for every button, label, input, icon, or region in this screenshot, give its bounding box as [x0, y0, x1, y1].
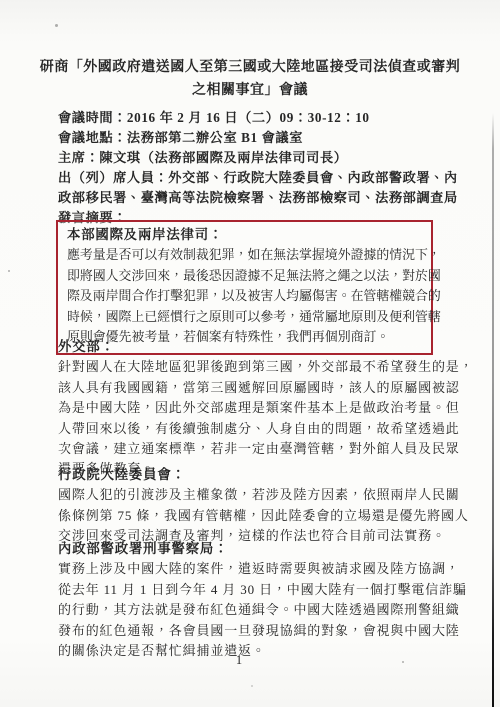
- highlight-box-moj-legal-dept: 本部國際及兩岸法律司： 應考量是否可以有效制裁犯罪，如在無法掌握境外證據的情況下…: [56, 220, 433, 355]
- scan-speck: [402, 661, 404, 663]
- section-mofa: 外交部： 針對國人在大陸地區犯罪後跑到第三國，外交部最不希望發生的是， 該人具有…: [58, 337, 450, 480]
- scan-speck: [55, 24, 58, 27]
- section-header-moj-legal-dept: 本部國際及兩岸法律司：: [67, 224, 422, 245]
- section-text-line: 針對國人在大陸地區犯罪後跑到第三國，外交部最不希望發生的是，: [58, 357, 450, 377]
- section-text-line: 時候，國際上已經慣行之原則可以參考，通常屬地原則及便利管轄: [67, 307, 422, 328]
- section-text-line: 的行動，其方法就是發布紅色通緝令。中國大陸透過國際刑警組織: [58, 600, 450, 620]
- section-text-line: 該人具有我國國籍，當第三國遞解回原屬國時，該人的原屬國被認: [58, 378, 450, 398]
- section-header-cib: 內政部警政署刑事警察局：: [58, 539, 450, 559]
- document-title-line-1: 研商「外國政府遣送國人至第三國或大陸地區接受司法偵查或審判: [30, 56, 470, 79]
- section-header-mac: 行政院大陸委員會：: [58, 465, 450, 485]
- section-header-mofa: 外交部：: [58, 337, 450, 357]
- meeting-metadata: 會議時間：2016 年 2 月 16 日（二）09：30-12：10 會議地點：…: [58, 108, 450, 227]
- section-text-line: 次會議，建立通案標準，若非一定由臺灣管轄，對外館人員及民眾: [58, 439, 450, 459]
- section-text-line: 發布的紅色通報，各會員國一旦發現協緝的對象，會視與中國大陸: [58, 621, 450, 641]
- meeting-attendees-line-2: 政部移民署、臺灣高等法院檢察署、法務部檢察司、法務部調查局: [58, 188, 450, 208]
- scan-edge-line: [492, 113, 494, 707]
- section-text-line: 際及兩岸間合作打擊犯罪，以及被害人均屬傷害。在管轄權競合的: [67, 286, 422, 307]
- scan-speck: [251, 685, 253, 687]
- section-text-line: 即將國人交涉回來，最後恐因證據不足無法將之繩之以法，對於國: [67, 266, 422, 287]
- meeting-location: 會議地點：法務部第二辦公室 B1 會議室: [58, 128, 450, 148]
- section-text-line: 國際人犯的引渡涉及主權象徵，若涉及陸方因素，依照兩岸人民關: [58, 485, 450, 505]
- section-text-line: 係條例第 75 條，我國有管轄權，因此陸委會的立場還是優先將國人: [58, 506, 450, 526]
- page-number: 1: [0, 653, 478, 668]
- section-text-line: 應考量是否可以有效制裁犯罪，如在無法掌握境外證據的情況下，: [67, 245, 422, 266]
- section-text-line: 從去年 11 月 1 日到今年 4 月 30 日，中國大陸有一個打擊電信詐騙: [58, 580, 450, 600]
- scan-speck: [8, 270, 10, 272]
- section-text-line: 為是中國大陸，因此外交部處理是類案件基本上是做政治考量。但: [58, 398, 450, 418]
- section-text-line: 實務上涉及中國大陸的案件，遣返時需要與被請求國及陸方協調，: [58, 559, 450, 579]
- section-mac: 行政院大陸委員會： 國際人犯的引渡涉及主權象徵，若涉及陸方因素，依照兩岸人民關 …: [58, 465, 450, 547]
- meeting-time: 會議時間：2016 年 2 月 16 日（二）09：30-12：10: [58, 108, 450, 128]
- document-title: 研商「外國政府遣送國人至第三國或大陸地區接受司法偵查或審判 之相關事宜」會議: [30, 56, 470, 102]
- section-cib: 內政部警政署刑事警察局： 實務上涉及中國大陸的案件，遣返時需要與被請求國及陸方協…: [58, 539, 450, 661]
- meeting-chair: 主席：陳文琪（法務部國際及兩岸法律司司長）: [58, 148, 450, 168]
- meeting-attendees-line-1: 出（列）席人員：外交部、行政院大陸委員會、內政部警政署、內: [58, 168, 450, 188]
- scanned-document-page: 研商「外國政府遣送國人至第三國或大陸地區接受司法偵查或審判 之相關事宜」會議 會…: [0, 0, 500, 707]
- section-text-line: 人帶回來以後，有後續強制處分、人身自由的問題，故希望透過此: [58, 419, 450, 439]
- document-title-line-2: 之相關事宜」會議: [30, 79, 470, 102]
